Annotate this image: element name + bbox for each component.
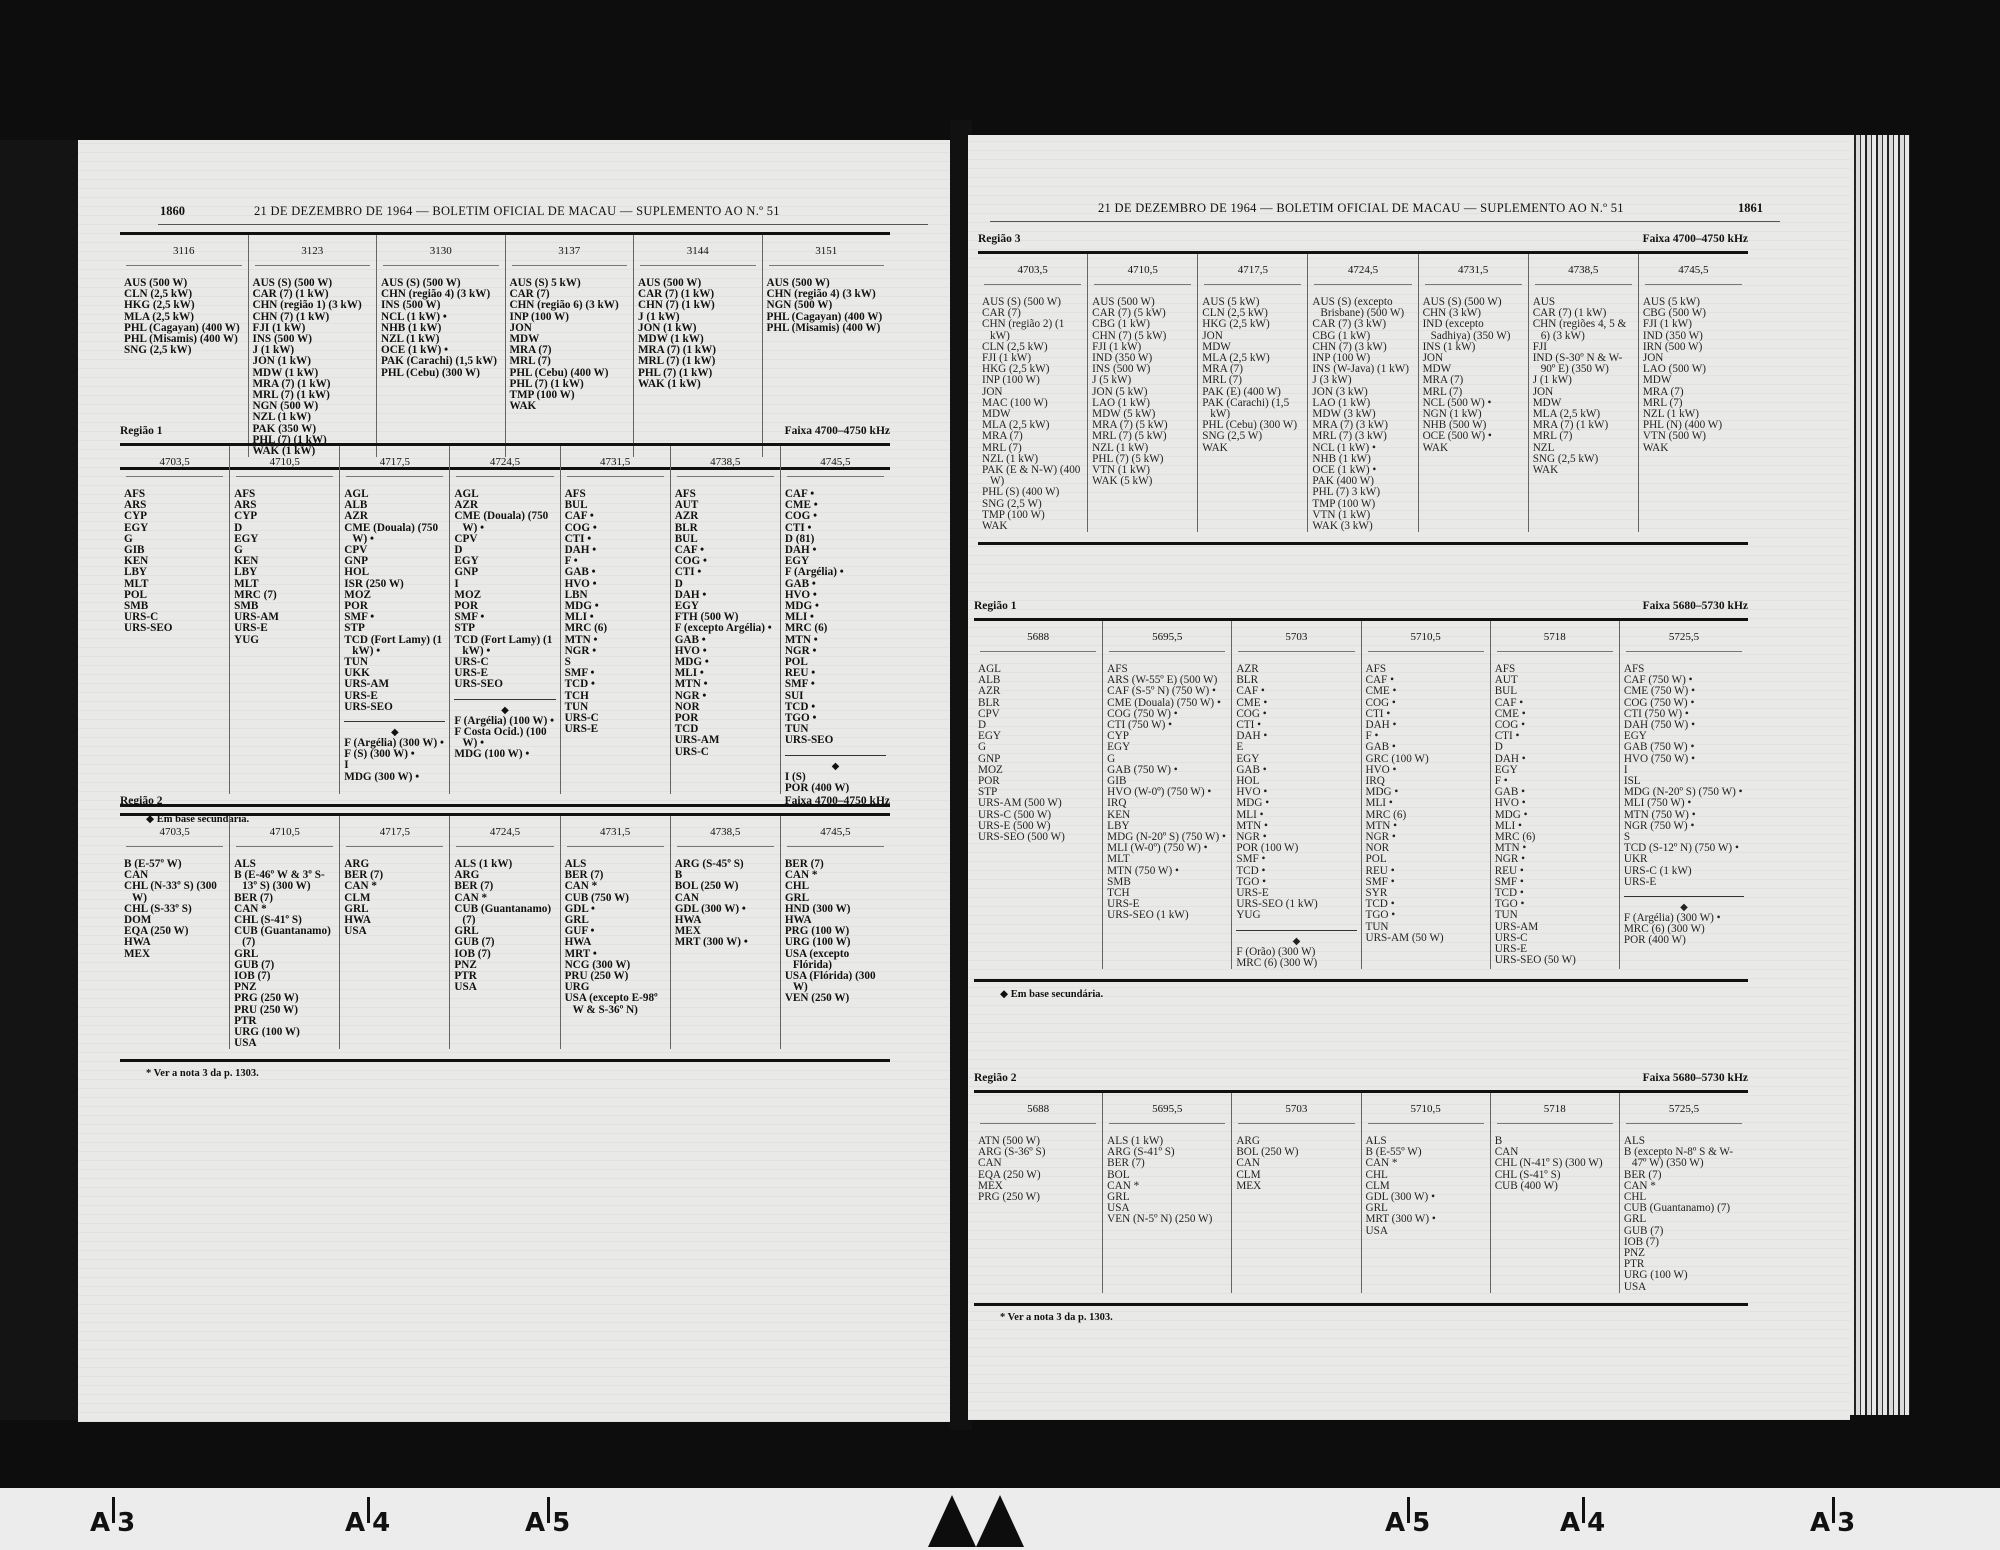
station-entry: WAK [1533,465,1634,476]
film-frame-marker: A3 [90,1497,135,1538]
frequency-column: 4710,5AFSARSCYPDEGYGKENLBYMLTMRC (7)SMBU… [229,446,339,794]
station-entry: NGR (750 W) • [1624,821,1744,832]
frequency-column: 4745,5BER (7)CAN *CHLGRLHND (300 W)HWAPR… [780,816,890,1049]
frequency-header: 4703,5 [126,446,223,477]
station-entry: CHL [785,881,886,892]
film-frame-marker: A5 [1385,1497,1430,1538]
frequency-column: 4738,5AUSCAR (7) (1 kW)CHN (regiões 4, 5… [1528,254,1638,532]
station-entry: TCD (Fort Lamy) (1 kW) • [344,635,445,657]
frequency-header: 3130 [383,235,499,266]
station-list: ALSB (excepto N-8º S & W-47º W) (350 W)B… [1624,1136,1744,1293]
station-entry: NGN (500 W) [767,300,887,311]
frequency-column: 4738,5AFSAUTAZRBLRBULCAF •COG •CTI •DDAH… [670,446,780,794]
film-frame-marker: A3 [1810,1497,1855,1538]
station-entry: AUS (S) (excepto Brisbane) (500 W) [1312,297,1413,319]
station-list: AFSARSCYPEGYGGIBKENLBYMLTPOLSMBURS-CURS-… [124,489,225,635]
station-list: ALSB (E-55º W)CAN *CHLCLMGDL (300 W) •GR… [1366,1136,1486,1237]
station-entry: IRQ [1107,798,1227,809]
station-list: ALSB (E-46º W & 3º S-13º S) (300 W)BER (… [234,859,335,1049]
station-entry: URS-AM [344,679,445,690]
frequency-table: 5688ATN (500 W)ARG (S-36º S)CANEQA (250 … [974,1093,1748,1293]
frequency-header: 4731,5 [567,816,664,847]
station-entry: MRL (7) (3 kW) [1312,431,1413,442]
station-list: AZRBLRCAF •CME •COG •CTI •DAH •EEGYGAB •… [1236,664,1356,922]
frequency-header: 4745,5 [1645,254,1742,285]
station-list: AFSARS (W-55º E) (500 W)CAF (S-5º N) (75… [1107,664,1227,922]
station-entry: INP (100 W) [982,375,1083,386]
station-entry: CUB (Guantanamo) (7) [454,904,555,926]
frequency-column: 5718AFSAUTBULCAF •CME •COG •CTI •DDAH •E… [1490,621,1619,969]
frequency-column: 4731,5AFSBULCAF •COG •CTI •DAH •F •GAB •… [560,446,670,794]
frequency-header: 3123 [255,235,371,266]
station-entry: PHL (Misamis) (400 W) [767,323,887,334]
station-entry: DAH • [565,545,666,556]
frequency-table: 4703,5AUS (S) (500 W)CAR (7)CHN (região … [978,254,1748,532]
footnote: * Ver a nota 3 da p. 1303. [120,1068,890,1079]
frequency-column: 4745,5CAF •CME •COG •CTI •D (81)DAH •EGY… [780,446,890,794]
station-entry: HVO (750 W) • [1624,754,1744,765]
table-section: Região 3Faixa 4700–4750 kHz4703,5AUS (S)… [978,231,1748,545]
frequency-column: 4703,5AFSARSCYPEGYGGIBKENLBYMLTPOLSMBURS… [120,446,229,794]
frequency-header: 5725,5 [1626,1093,1742,1124]
station-entry: URS-E [234,623,335,634]
frequency-column: 4731,5AUS (S) (500 W)CHN (3 kW)IND (exce… [1418,254,1528,532]
footnote: * Ver a nota 3 da p. 1303. [974,1312,1748,1323]
band-label: Faixa 4700–4750 kHz [785,795,890,807]
frequency-header: 3151 [769,235,885,266]
frequency-column: 4717,5AUS (5 kW)CLN (2,5 kW)HKG (2,5 kW)… [1197,254,1307,532]
station-entry: MEX [124,949,225,960]
frequency-header: 4724,5 [1314,254,1411,285]
station-entry: MRT (300 W) • [1366,1214,1486,1225]
station-entry: BER (7) [454,881,555,892]
station-list: AUS (S) (excepto Brisbane) (500 W)CAR (7… [1312,297,1413,532]
station-entry: NGR • [1495,854,1615,865]
frequency-column: 4745,5AUS (5 kW)CBG (500 W)FJI (1 kW)IND… [1638,254,1748,532]
station-list: AUS (500 W)CHN (região 4) (3 kW)NGN (500… [767,278,887,334]
station-entry: CBG (1 kW) [1092,319,1193,330]
station-entry: TUN [1495,910,1615,921]
secondary-base-list: ◆F (Argélia) (300 W) •F (S) (300 W) •IMD… [344,721,445,783]
station-entry: JON (1 kW) [253,356,373,367]
station-entry: VTN (500 W) [1643,431,1744,442]
station-entry: SMF • [785,679,886,690]
band-label: Faixa 4700–4750 kHz [785,425,890,437]
frequency-header: 4717,5 [346,816,443,847]
station-entry: CYP [124,511,225,522]
secondary-base-list: ◆F (Orão) (300 W)MRC (6) (300 W) [1236,930,1356,969]
station-entry: E [1236,742,1356,753]
station-entry: CAF • [1236,686,1356,697]
station-entry: MRA (7) [1423,375,1524,386]
station-list: AFSARSCYPDEGYGKENLBYMLTMRC (7)SMBURS-AMU… [234,489,335,646]
station-entry: I [1624,765,1744,776]
station-list: ALS (1 kW)ARG (S-41º S)BER (7)BOLCAN *GR… [1107,1136,1227,1226]
station-entry: CHN (região 6) (3 kW) [510,300,630,311]
film-frame-marker: A4 [345,1497,390,1538]
station-list: ARG (S-45º S)BBOL (250 W)CANGDL (300 W) … [675,859,776,949]
frequency-header: 5703 [1238,621,1354,652]
station-list: AUS (500 W)CLN (2,5 kW)HKG (2,5 kW)MLA (… [124,278,244,356]
station-entry: YUG [234,635,335,646]
station-list: AUS (5 kW)CBG (500 W)FJI (1 kW)IND (350 … [1643,297,1744,454]
station-entry: HVO • [1495,798,1615,809]
station-entry: MLI • [1366,798,1486,809]
station-entry: MDW [1643,375,1744,386]
frequency-column: 4724,5AGLAZRCME (Douala) (750 W) •CPVDEG… [449,446,559,794]
station-list: AUS (S) 5 kW)CAR (7)CHN (região 6) (3 kW… [510,278,630,412]
station-entry: GUB (7) [454,937,555,948]
station-entry: IND (S-30º N & W-90º E) (350 W) [1533,353,1634,375]
station-entry: URS-SEO [785,735,886,746]
running-head: 21 DE DEZEMBRO DE 1964 — BOLETIM OFICIAL… [254,204,780,219]
station-entry: CPV [978,709,1098,720]
station-list: AUS (500 W)CAR (7) (5 kW)CBG (1 kW)CHN (… [1092,297,1193,487]
station-entry: USA [1624,1282,1744,1293]
frequency-header: 3137 [512,235,628,266]
frequency-column: 4738,5ARG (S-45º S)BBOL (250 W)CANGDL (3… [670,816,780,1049]
station-entry: CHN (região 2) (1 kW) [982,319,1083,341]
station-entry: MRT (300 W) • [675,937,776,948]
station-entry: CHN (regiões 4, 5 & 6) (3 kW) [1533,319,1634,341]
station-entry: INS (500 W) [381,300,501,311]
station-entry: CTI • [1495,731,1615,742]
station-entry: CYP [234,511,335,522]
frequency-header: 4745,5 [787,816,884,847]
station-entry: D [1495,742,1615,753]
station-entry: STP [344,623,445,634]
station-list: AUS (S) (500 W)CHN (região 4) (3 kW)INS … [381,278,501,379]
station-entry-secondary: F (S) (300 W) • [344,749,445,760]
station-entry: B (E-46º W & 3º S-13º S) (300 W) [234,870,335,892]
station-list: ATN (500 W)ARG (S-36º S)CANEQA (250 W)ME… [978,1136,1098,1203]
station-list: BER (7)CAN *CHLGRLHND (300 W)HWAPRG (100… [785,859,886,1005]
frequency-header: 5718 [1497,621,1613,652]
station-entry: CUB (Guantanamo) (7) [234,926,335,948]
station-entry: HWA [124,937,225,948]
table-section: Região 1Faixa 5680–5730 kHz5688AGLALBAZR… [974,598,1748,1000]
frequency-column: 4724,5AUS (S) (excepto Brisbane) (500 W)… [1307,254,1417,532]
frequency-column: 5725,5ALSB (excepto N-8º S & W-47º W) (3… [1619,1093,1748,1293]
station-list: AUS (S) (500 W)CHN (3 kW)IND (excepto Sa… [1423,297,1524,454]
station-entry: URS-E [1624,877,1744,888]
station-entry: LBY [234,567,335,578]
station-list: CAF •CME •COG •CTI •D (81)DAH •EGYF (Arg… [785,489,886,747]
station-entry: GAB (750 W) • [1624,742,1744,753]
frequency-column: 5718BCANCHL (N-41º S) (300 W)CHL (S-41º … [1490,1093,1619,1293]
station-list: AUS (5 kW)CLN (2,5 kW)HKG (2,5 kW)JONMDW… [1202,297,1303,454]
station-entry: AZR [978,686,1098,697]
frequency-column: 4717,5AGLALBAZRCME (Douala) (750 W) •CPV… [339,446,449,794]
station-entry: J (1 kW) [1533,375,1634,386]
station-entry: SNG (2,5 W) [1202,431,1303,442]
frequency-table: 4703,5AFSARSCYPEGYGGIBKENLBYMLTPOLSMBURS… [120,446,890,794]
station-entry: USA [1366,1226,1486,1237]
frequency-header: 4717,5 [1204,254,1301,285]
station-entry: HOL [344,567,445,578]
running-head: 21 DE DEZEMBRO DE 1964 — BOLETIM OFICIAL… [1098,201,1624,216]
right-page: 21 DE DEZEMBRO DE 1964 — BOLETIM OFICIAL… [968,135,1850,1420]
table-bottom-rule [974,1303,1748,1306]
station-entry-secondary: MRC (6) (300 W) [1236,958,1356,969]
station-list: ALS (1 kW)ARGBER (7)CAN *CUB (Guantanamo… [454,859,555,993]
station-entry: COG • [785,511,886,522]
table-bottom-rule [120,1059,890,1062]
station-entry: WAK (1 kW) [638,379,758,390]
station-entry: OCE (500 W) • [1423,431,1524,442]
frequency-header: 4738,5 [1535,254,1632,285]
left-page: 1860 21 DE DEZEMBRO DE 1964 — BOLETIM OF… [78,140,953,1422]
frequency-header: 3144 [640,235,756,266]
station-entry: USA (excepto E-98º W & S-36º N) [565,993,666,1015]
frequency-column: 5725,5AFSCAF (750 W) •CME (750 W) •COG (… [1619,621,1748,969]
station-entry: GRL [1624,1214,1744,1225]
station-entry-secondary: POR (400 W) [1624,935,1744,946]
station-entry: URS-SEO (1 kW) [1107,910,1227,921]
station-entry: EGY [234,534,335,545]
station-entry: CHN (7) (1 kW) [638,300,758,311]
secondary-base-list: ◆F (Argélia) (300 W) •MRC (6) (300 W)POR… [1624,896,1744,947]
station-entry: MEX [1236,1181,1356,1192]
page-number: 1861 [1738,201,1763,216]
frequency-column: 5695,5ALS (1 kW)ARG (S-41º S)BER (7)BOLC… [1102,1093,1231,1293]
frequency-header: 5688 [980,1093,1096,1124]
band-label: Faixa 4700–4750 kHz [1643,233,1748,245]
station-entry: WAK (3 kW) [1312,521,1413,532]
station-entry: SMF • [1236,854,1356,865]
station-entry: J (5 kW) [1092,375,1193,386]
region-title: Região 3 [978,233,1020,245]
frequency-header: 4745,5 [787,446,884,477]
station-entry: EGY [1107,742,1227,753]
frequency-header: 4724,5 [456,446,553,477]
frequency-column: 4710,5ALSB (E-46º W & 3º S-13º S) (300 W… [229,816,339,1049]
station-entry: BUL [1495,686,1615,697]
station-entry: USA [454,982,555,993]
station-entry: J (3 kW) [1312,375,1413,386]
station-entry: SNG (2,5 kW) [124,345,244,356]
secondary-base-list: ◆I (S)POR (400 W) [785,755,886,794]
station-entry: URS-SEO (50 W) [1495,955,1615,966]
frequency-column: 5703ARGBOL (250 W)CANCLMMEX [1231,1093,1360,1293]
station-entry: EGY [124,523,225,534]
section-header: Região 1Faixa 4700–4750 kHz [120,423,890,443]
frequency-header: 5688 [980,621,1096,652]
frequency-header: 4731,5 [567,446,664,477]
table-section: Região 1Faixa 4700–4750 kHz4703,5AFSARSC… [120,423,890,825]
station-list: AGLALBAZRBLRCPVDEGYGGNPMOZPORSTPURS-AM (… [978,664,1098,843]
station-entry: POL [1366,854,1486,865]
station-entry: CTI • [675,567,776,578]
section-header: Região 1Faixa 5680–5730 kHz [974,598,1748,618]
station-entry: BOL (250 W) [675,881,776,892]
station-entry: NGR • [565,646,666,657]
station-entry: URS-SEO [344,702,445,713]
station-entry: GNP [454,567,555,578]
station-entry: YUG [1236,910,1356,921]
section-header: Região 2Faixa 4700–4750 kHz [120,793,890,813]
frequency-header: 4717,5 [346,446,443,477]
station-entry: URS-AM (500 W) [978,798,1098,809]
station-entry: CHL (N-41º S) (300 W) [1495,1158,1615,1169]
station-entry: USA (excepto Flórida) [785,949,886,971]
station-entry: URS-AM (50 W) [1366,933,1486,944]
station-entry: CPV [454,534,555,545]
station-entry: IND (excepto Sadhiya) (350 W) [1423,319,1524,341]
station-entry: MRL (7) (5 kW) [1092,431,1193,442]
frequency-header: 4738,5 [677,446,774,477]
station-entry: MRL (7) [1533,431,1634,442]
frequency-column: 5710,5AFSCAF •CME •COG •CTI •DAH •F •GAB… [1361,621,1490,969]
station-entry-secondary: F Costa Ocid.) (100 W) • [454,727,555,749]
frequency-header: 5718 [1497,1093,1613,1124]
station-list: AUSCAR (7) (1 kW)CHN (regiões 4, 5 & 6) … [1533,297,1634,476]
station-entry: CHN (região 1) (3 kW) [253,300,373,311]
station-entry: PAK (Carachi) (1,5 kW) [381,356,501,367]
station-list: AFSCAF •CME •COG •CTI •DAH •F •GAB •GRC … [1366,664,1486,944]
station-entry: PAK (E & N-W) (400 W) [982,465,1083,487]
station-entry: URG (100 W) [1624,1270,1744,1281]
station-entry-secondary: MDG (300 W) • [344,772,445,783]
station-entry: EGY [978,731,1098,742]
station-entry: CME (Douala) (750 W) • [344,523,445,545]
station-entry: URS-SEO [454,679,555,690]
station-entry: MRL (7) [510,356,630,367]
station-list: B (E-57º W)CANCHL (N-33º S) (300 W)CHL (… [124,859,225,960]
station-entry: URS-AM [675,735,776,746]
station-entry: VEN (N-5º N) (250 W) [1107,1214,1227,1225]
station-entry: WAK [510,401,630,412]
station-entry: HWA [565,937,666,948]
table-bottom-rule [974,979,1748,982]
station-entry: CAR (7) (3 kW) [1312,319,1413,330]
station-entry: USA [344,926,445,937]
station-entry: CAF • [565,511,666,522]
header-rule [158,224,928,225]
station-entry: CHL (N-33º S) (300 W) [124,881,225,903]
station-entry: WAK [1423,443,1524,454]
region-title: Região 1 [974,600,1016,612]
station-entry: F (Argélia) • [785,567,886,578]
frequency-header: 4710,5 [236,446,333,477]
film-frame-marker: A4 [1560,1497,1605,1538]
station-entry: CME (Douala) (750 W) • [454,511,555,533]
station-entry: CAN * [565,881,666,892]
frequency-header: 4710,5 [236,816,333,847]
station-entry: HKG (2,5 kW) [1202,319,1303,330]
frequency-header: 4703,5 [984,254,1081,285]
station-list: ARGBER (7)CAN *CLMGRLHWAUSA [344,859,445,937]
station-entry: AZR [675,511,776,522]
station-entry: MRC (6) [785,623,886,634]
station-entry: CAN * [344,881,445,892]
station-entry: WAK [1202,443,1303,454]
frequency-column: 5688AGLALBAZRBLRCPVDEGYGGNPMOZPORSTPURS-… [974,621,1102,969]
station-entry: USA (Flórida) (300 W) [785,971,886,993]
station-entry: PRG (250 W) [978,1192,1098,1203]
station-entry: PHL (S) (400 W) [982,487,1083,498]
station-entry: ARG (S-45º S) [675,859,776,870]
band-label: Faixa 5680–5730 kHz [1643,600,1748,612]
frequency-column: 5688ATN (500 W)ARG (S-36º S)CANEQA (250 … [974,1093,1102,1293]
station-entry: TCD (Fort Lamy) (1 kW) • [454,635,555,657]
frequency-table: 4703,5B (E-57º W)CANCHL (N-33º S) (300 W… [120,816,890,1049]
frequency-header: 4724,5 [456,816,553,847]
frequency-header: 4703,5 [126,816,223,847]
frequency-header: 5710,5 [1368,621,1484,652]
station-entry: WAK [1643,443,1744,454]
secondary-base-list: ◆F (Argélia) (100 W) •F Costa Ocid.) (10… [454,699,555,761]
station-entry: DAH • [1366,720,1486,731]
station-entry: CAN [1236,1158,1356,1169]
table-bottom-rule [978,542,1748,545]
station-entry: PAK (Carachi) (1,5 kW) [1202,398,1303,420]
frequency-column: 4731,5ALSBER (7)CAN *CUB (750 W)GDL •GRL… [560,816,670,1049]
station-entry: CUB (400 W) [1495,1181,1615,1192]
frequency-header: 5695,5 [1109,1093,1225,1124]
region-title: Região 1 [120,425,162,437]
station-list: ARGBOL (250 W)CANCLMMEX [1236,1136,1356,1192]
station-entry: CAN * [1366,1158,1486,1169]
film-notch [976,1495,1024,1547]
station-entry: VEN (250 W) [785,993,886,1004]
station-entry: PHL (Cebu) (300 W) [381,368,501,379]
station-list: ALSBER (7)CAN *CUB (750 W)GDL •GRLGUF •H… [565,859,666,1016]
station-entry-secondary: MDG (100 W) • [454,749,555,760]
station-list: AUS (500 W)CAR (7) (1 kW)CHN (7) (1 kW)J… [638,278,758,390]
station-entry: PHL (7) 3 kW) [1312,487,1413,498]
frequency-column: 4724,5ALS (1 kW)ARGBER (7)CAN *CUB (Guan… [449,816,559,1049]
station-entry: HKG (2,5 kW) [124,300,244,311]
frequency-column: 5703AZRBLRCAF •CME •COG •CTI •DAH •EEGYG… [1231,621,1360,969]
section-header: Região 2Faixa 5680–5730 kHz [974,1070,1748,1090]
station-entry: URS-SEO (500 W) [978,832,1098,843]
station-entry: STP [454,623,555,634]
station-entry: PRG (250 W) [234,993,335,1004]
station-entry: GAB • [565,567,666,578]
section-header: Região 3Faixa 4700–4750 kHz [978,231,1748,251]
station-entry: MRL (7) (1 kW) [638,356,758,367]
station-list: AFSCAF (750 W) •CME (750 W) •COG (750 W)… [1624,664,1744,888]
station-entry: TGO • [1366,910,1486,921]
station-entry: CAN [978,1158,1098,1169]
station-entry: WAK [982,521,1083,532]
frequency-header: 5703 [1238,1093,1354,1124]
station-entry: F (excepto Argélia) • [675,623,776,634]
station-entry: CME (750 W) • [1624,686,1744,697]
station-entry: MRA (7) [982,431,1083,442]
station-entry: USA [234,1038,335,1049]
station-entry: CAF (S-5º N) (750 W) • [1107,686,1227,697]
station-entry: CME • [1366,686,1486,697]
station-entry-secondary: I [344,760,445,771]
station-entry: URS-SEO [124,623,225,634]
station-entry: MLT [1107,854,1227,865]
table-section: Região 2Faixa 4700–4750 kHz4703,5B (E-57… [120,793,890,1079]
station-entry: MTN • [675,679,776,690]
station-entry: NZL (1 kW) [253,412,373,423]
page-number: 1860 [160,204,185,219]
station-list: AUS (S) (500 W)CAR (7)CHN (região 2) (1 … [982,297,1083,532]
scan-edge-left [0,140,80,1420]
station-list: AFSBULCAF •COG •CTI •DAH •F •GAB •HVO •L… [565,489,666,735]
station-entry: G [978,742,1098,753]
station-list: BCANCHL (N-41º S) (300 W)CHL (S-41º S)CU… [1495,1136,1615,1192]
station-entry: MRL (7) [1202,375,1303,386]
film-frame-marker: A5 [525,1497,570,1538]
station-entry: URS-C [675,747,776,758]
frequency-column: 4703,5AUS (S) (500 W)CAR (7)CHN (região … [978,254,1087,532]
